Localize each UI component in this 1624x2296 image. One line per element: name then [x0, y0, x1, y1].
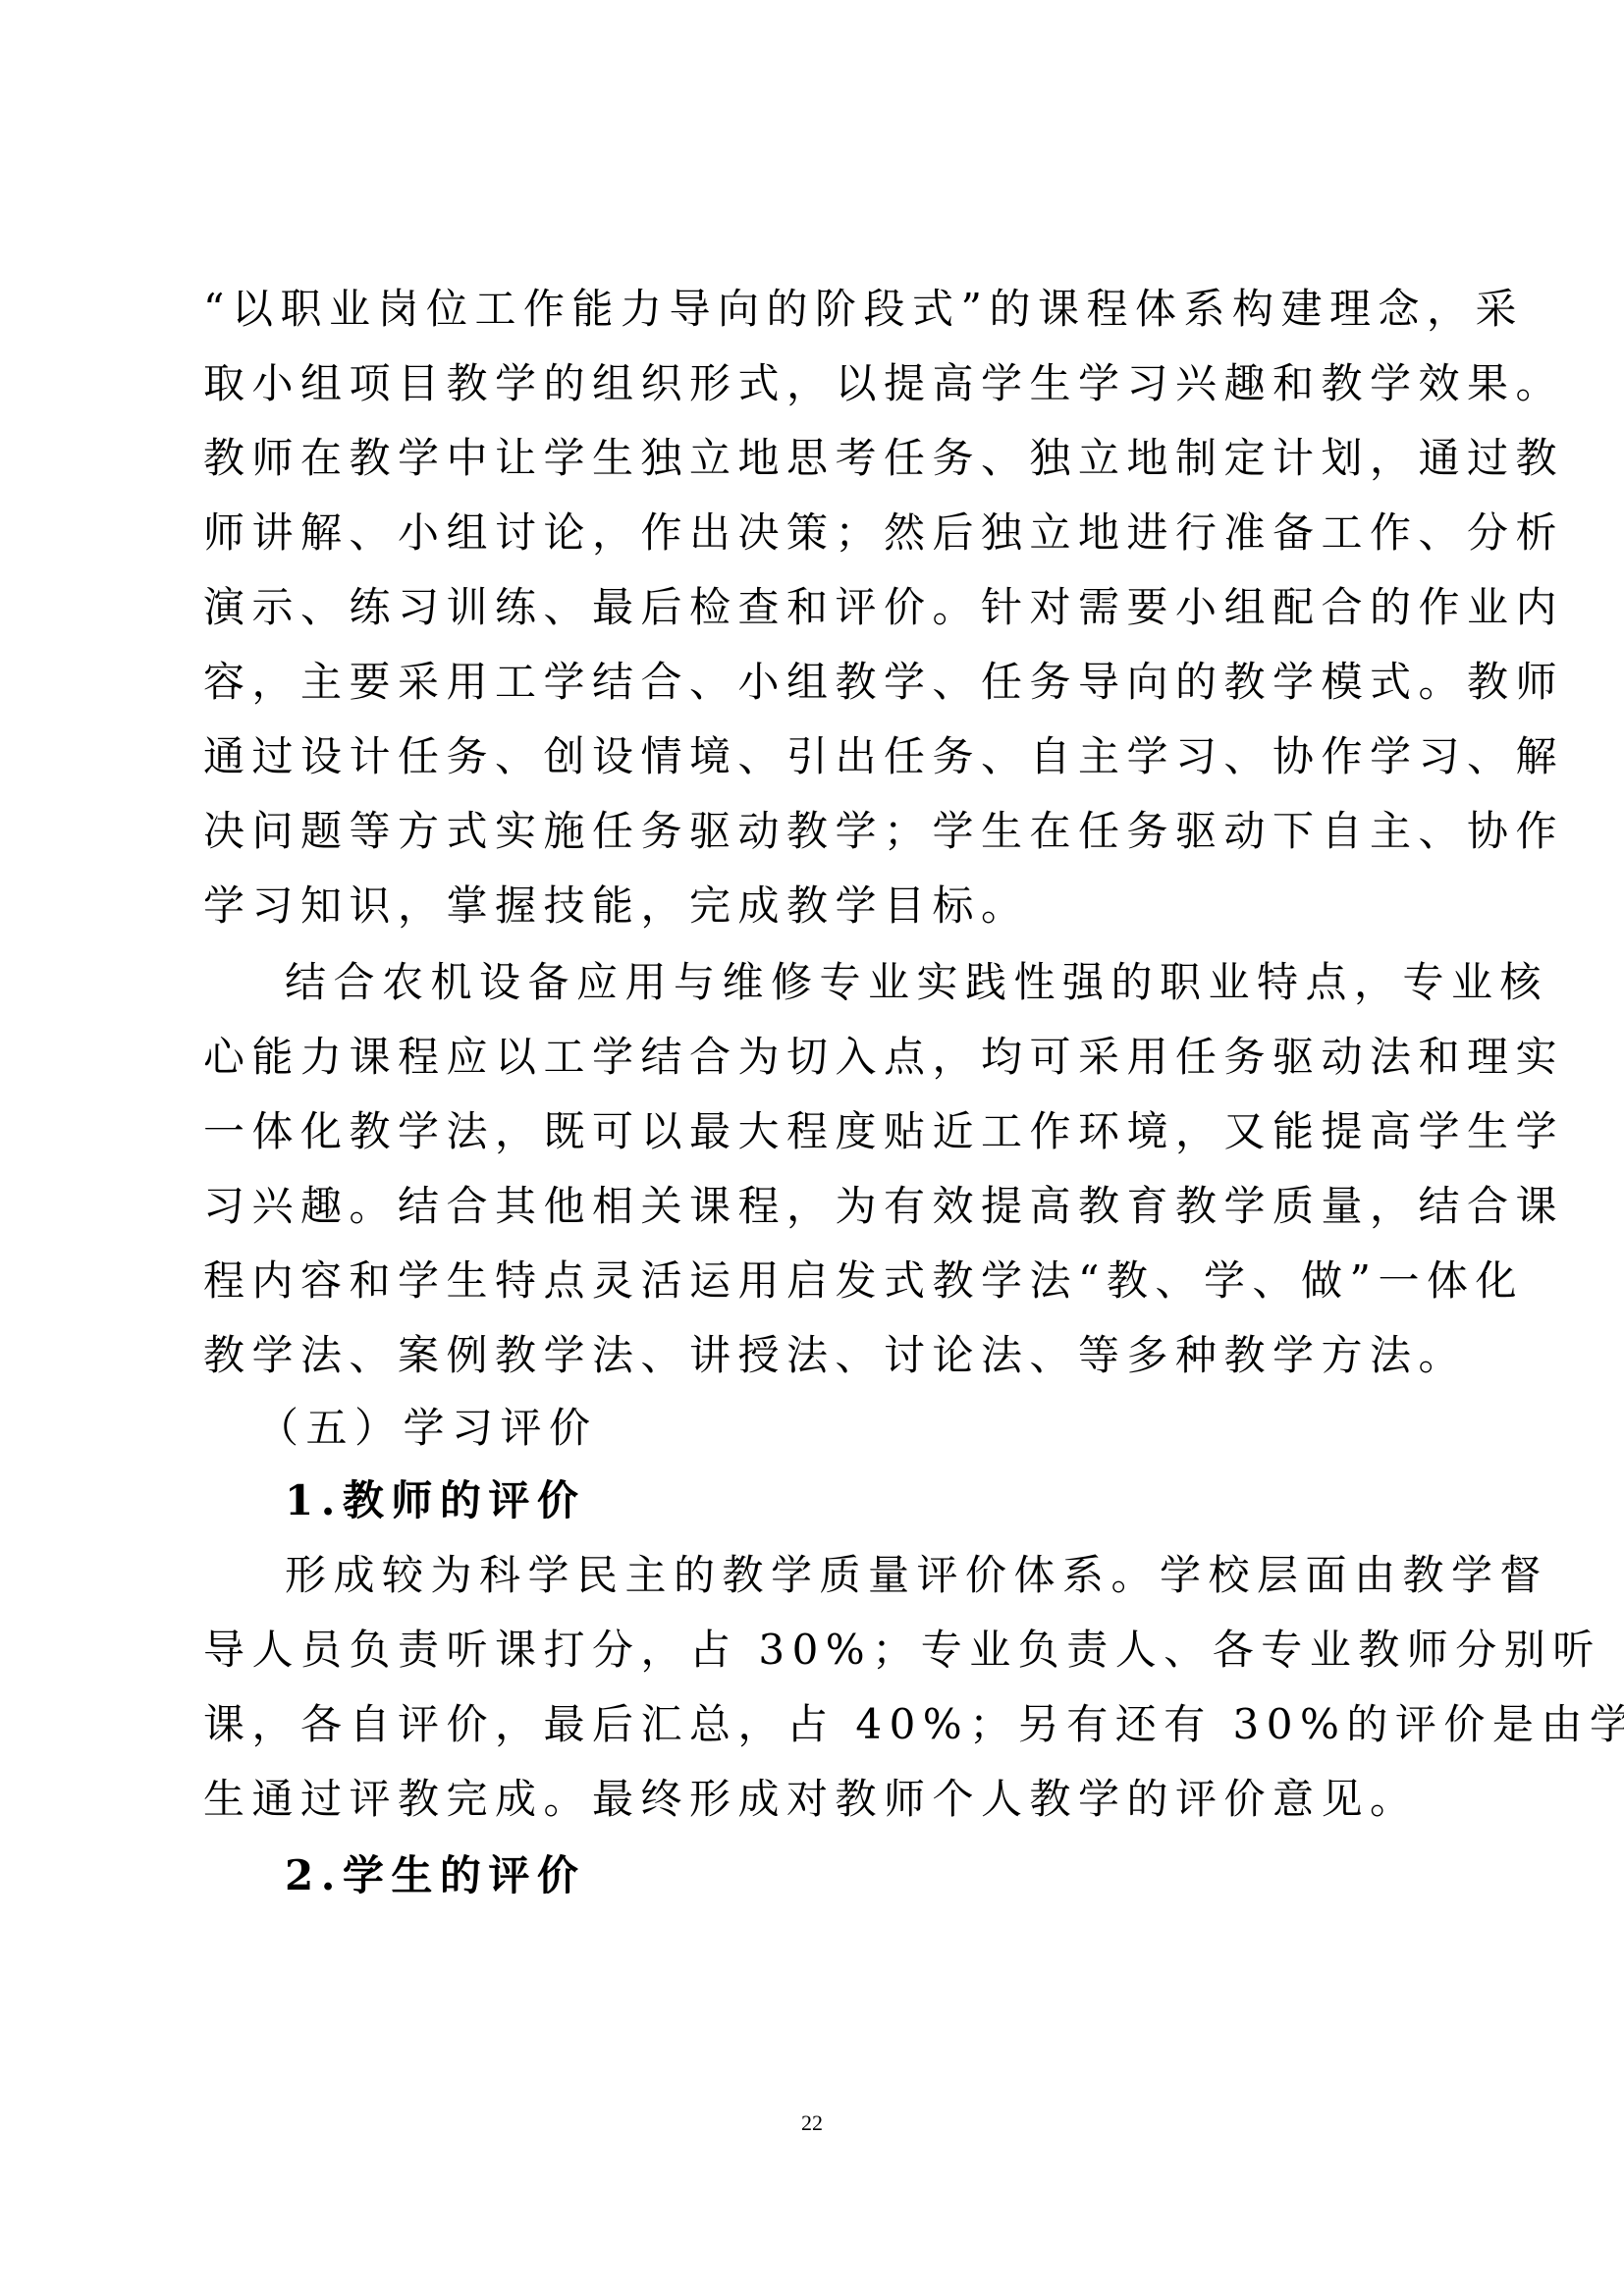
subheading-teacher-evaluation: 1.教师的评价 — [285, 1476, 1426, 1525]
page-number: 22 — [0, 2110, 1624, 2136]
text-line: 教师在教学中让学生独立地思考任务、独立地制定计划，通过教 — [203, 434, 1426, 483]
text-line: 决问题等方式实施任务驱动教学；学生在任务驱动下自主、协作 — [203, 807, 1426, 856]
subheading-student-evaluation: 2.学生的评价 — [285, 1851, 1426, 1900]
text-line: 心能力课程应以工学结合为切入点，均可采用任务驱动法和理实 — [203, 1033, 1426, 1082]
text-line: 演示、练习训练、最后检查和评价。针对需要小组配合的作业内 — [203, 583, 1426, 632]
section-heading: （五）学习评价 — [257, 1404, 1398, 1453]
text-line: 学习知识，掌握技能，完成教学目标。 — [203, 881, 1426, 931]
document-page: “以职业岗位工作能力导向的阶段式”的课程体系构建理念，采 取小组项目教学的组织形… — [0, 0, 1624, 2296]
text-line: 程内容和学生特点灵活运用启发式教学法“教、学、做”一体化 — [203, 1256, 1426, 1306]
text-line: 容，主要采用工学结合、小组教学、任务导向的教学模式。教师 — [203, 658, 1426, 707]
text-line: 一体化教学法，既可以最大程度贴近工作环境，又能提高学生学 — [203, 1107, 1426, 1156]
text-line: 课，各自评价，最后汇总，占 40%；另有还有 30%的评价是由学 — [203, 1700, 1426, 1749]
text-line: 结合农机设备应用与维修专业实践性强的职业特点，专业核 — [285, 958, 1426, 1007]
text-line: 导人员负责听课打分，占 30%；专业负责人、各专业教师分别听 — [203, 1626, 1426, 1675]
text-line: 形成较为科学民主的教学质量评价体系。学校层面由教学督 — [285, 1551, 1426, 1600]
text-line: 教学法、案例教学法、讲授法、讨论法、等多种教学方法。 — [203, 1331, 1426, 1380]
text-line: “以职业岗位工作能力导向的阶段式”的课程体系构建理念，采 — [203, 285, 1426, 334]
text-line: 习兴趣。结合其他相关课程，为有效提高教育教学质量，结合课 — [203, 1182, 1426, 1231]
text-line: 取小组项目教学的组织形式，以提高学生学习兴趣和教学效果。 — [203, 359, 1426, 408]
text-line: 师讲解、小组讨论，作出决策；然后独立地进行准备工作、分析 — [203, 508, 1426, 558]
text-line: 通过设计任务、创设情境、引出任务、自主学习、协作学习、解 — [203, 732, 1426, 781]
text-line: 生通过评教完成。最终形成对教师个人教学的评价意见。 — [203, 1775, 1426, 1824]
